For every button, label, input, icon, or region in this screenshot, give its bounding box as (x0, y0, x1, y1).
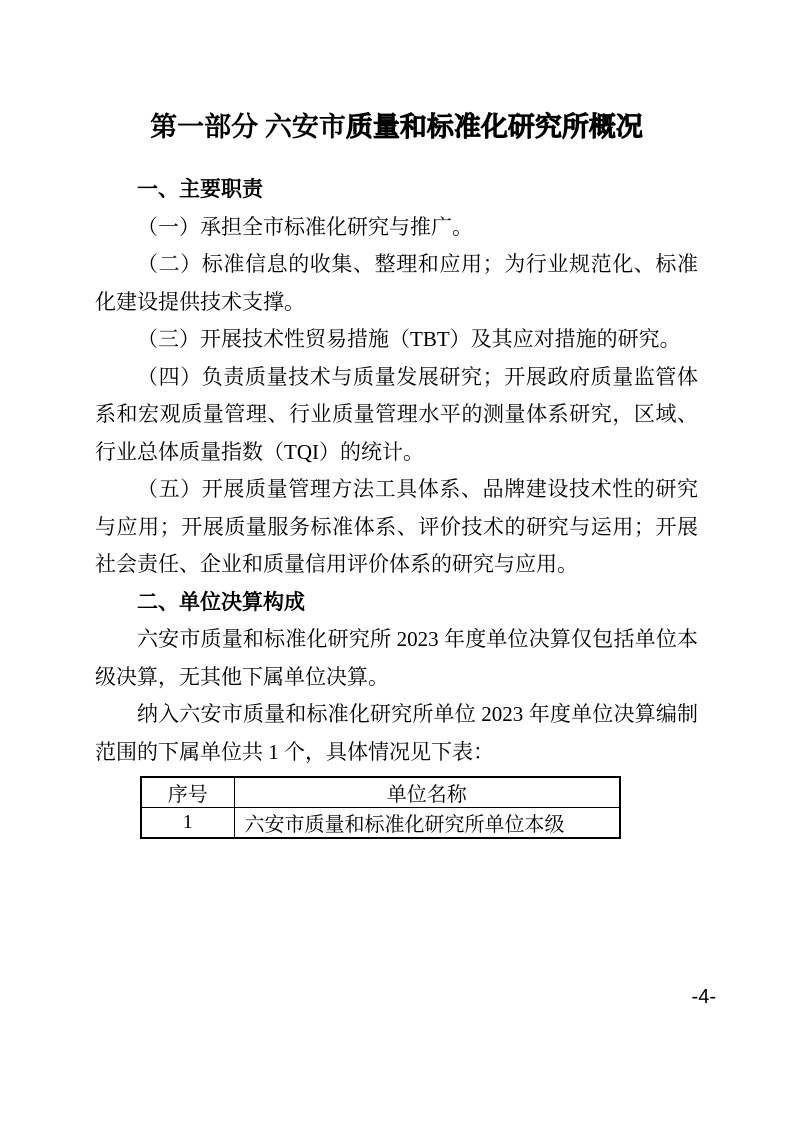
document-content: 第一部分 六安市质量和标准化研究所概况 一、主要职责 （一）承担全市标准化研究与… (0, 0, 793, 839)
duty-paragraph-4: （四）负责质量技术与质量发展研究；开展政府质量监管体系和宏观质量管理、行业质量管… (95, 359, 698, 472)
composition-paragraph-1: 六安市质量和标准化研究所 2023 年度单位决算仅包括单位本级决算，无其他下属单… (95, 621, 698, 696)
page-title-part2: 质量和标准化研究所概况 (346, 112, 643, 142)
duty-paragraph-1: （一）承担全市标准化研究与推广。 (95, 209, 698, 247)
section-heading-composition: 二、单位决算构成 (95, 584, 698, 622)
page-title: 第一部分 六安市质量和标准化研究所概况 (95, 103, 698, 151)
duty-paragraph-5: （五）开展质量管理方法工具体系、品牌建设技术性的研究与应用；开展质量服务标准体系… (95, 471, 698, 584)
page-number: -4- (692, 986, 716, 1009)
duty-paragraph-3: （三）开展技术性贸易措施（TBT）及其应对措施的研究。 (95, 321, 698, 359)
page-title-part1: 第一部分 六安市 (150, 112, 346, 142)
unit-row-index: 1 (141, 808, 234, 839)
unit-row-name: 六安市质量和标准化研究所单位本级 (234, 808, 620, 839)
units-table-header-name: 单位名称 (234, 777, 620, 808)
table-row: 1 六安市质量和标准化研究所单位本级 (141, 808, 620, 839)
composition-paragraph-2: 纳入六安市质量和标准化研究所单位 2023 年度单位决算编制范围的下属单位共 1… (95, 696, 698, 771)
units-table-header-row: 序号 单位名称 (141, 777, 620, 808)
units-table-header-index: 序号 (141, 777, 234, 808)
section-heading-duties: 一、主要职责 (95, 171, 698, 209)
units-table: 序号 单位名称 1 六安市质量和标准化研究所单位本级 (140, 776, 621, 839)
document-page: 第一部分 六安市质量和标准化研究所概况 一、主要职责 （一）承担全市标准化研究与… (0, 0, 793, 1122)
duty-paragraph-2: （二）标准信息的收集、整理和应用；为行业规范化、标准化建设提供技术支撑。 (95, 246, 698, 321)
